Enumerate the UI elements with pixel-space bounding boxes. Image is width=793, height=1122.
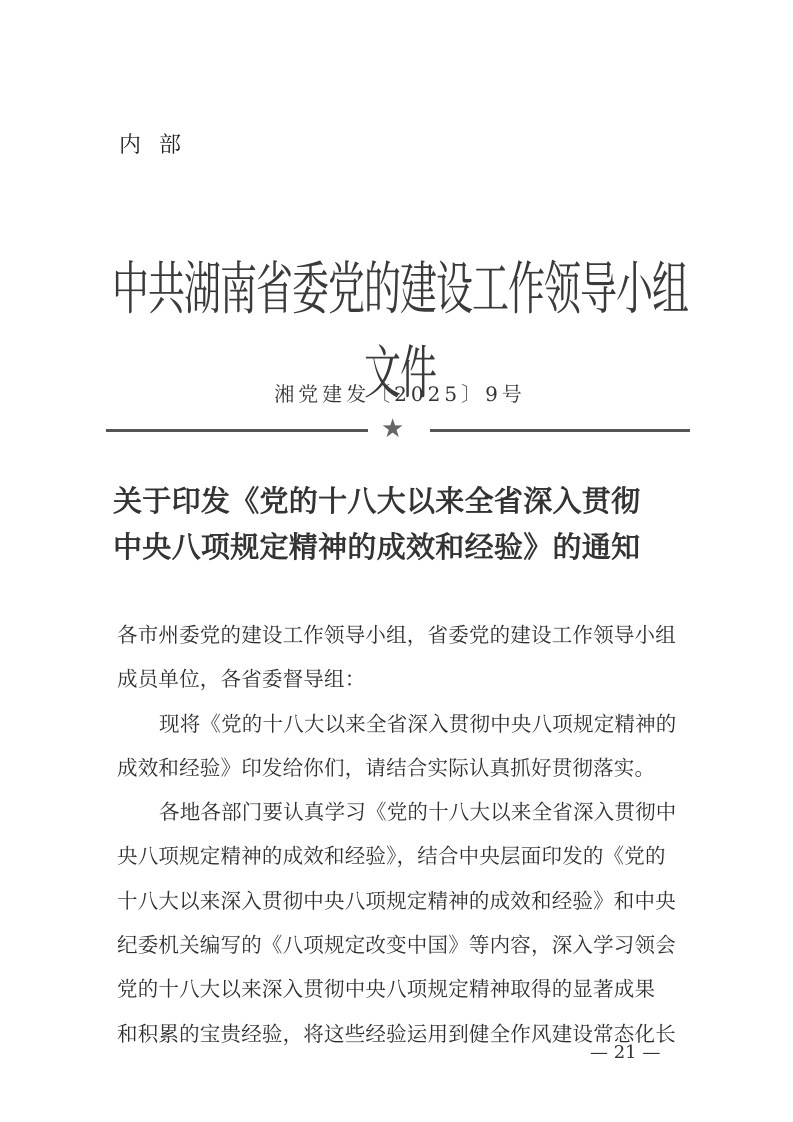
notice-title-line: 关于印发《党的十八大以来全省深入贯彻 (113, 478, 683, 524)
body-line: 十八大以来深入贯彻中央八项规定精神的成效和经验》和中央 (117, 879, 687, 923)
body-line: 成员单位，各省委督导组： (117, 657, 687, 701)
body-line: 现将《党的十八大以来全省深入贯彻中央八项规定精神的 (117, 702, 687, 746)
document-number: 湘党建发〔2025〕9号 (110, 378, 690, 407)
header-separator: ★ (106, 418, 690, 442)
notice-title-line: 中央八项规定精神的成效和经验》的通知 (113, 524, 683, 570)
body-line: 纪委机关编写的《八项规定改变中国》等内容，深入学习领会 (117, 923, 687, 967)
classification-label: 内部 (119, 128, 199, 159)
notice-body: 各市州委党的建设工作领导小组，省委党的建设工作领导小组 成员单位，各省委督导组：… (117, 613, 687, 1056)
separator-line-right (430, 429, 690, 432)
body-line: 各地各部门要认真学习《党的十八大以来全省深入贯彻中 (117, 790, 687, 834)
body-line: 央八项规定精神的成效和经验》，结合中央层面印发的《党的 (117, 834, 687, 878)
notice-title: 关于印发《党的十八大以来全省深入贯彻 中央八项规定精神的成效和经验》的通知 (113, 478, 683, 570)
page-number: — 21 — (590, 1042, 660, 1063)
body-line: 党的十八大以来深入贯彻中央八项规定精神取得的显著成果 (117, 967, 687, 1011)
star-icon: ★ (381, 414, 404, 444)
separator-line-left (106, 429, 368, 432)
body-line: 成效和经验》印发给你们，请结合实际认真抓好贯彻落实。 (117, 746, 687, 790)
body-line: 各市州委党的建设工作领导小组，省委党的建设工作领导小组 (117, 613, 687, 657)
